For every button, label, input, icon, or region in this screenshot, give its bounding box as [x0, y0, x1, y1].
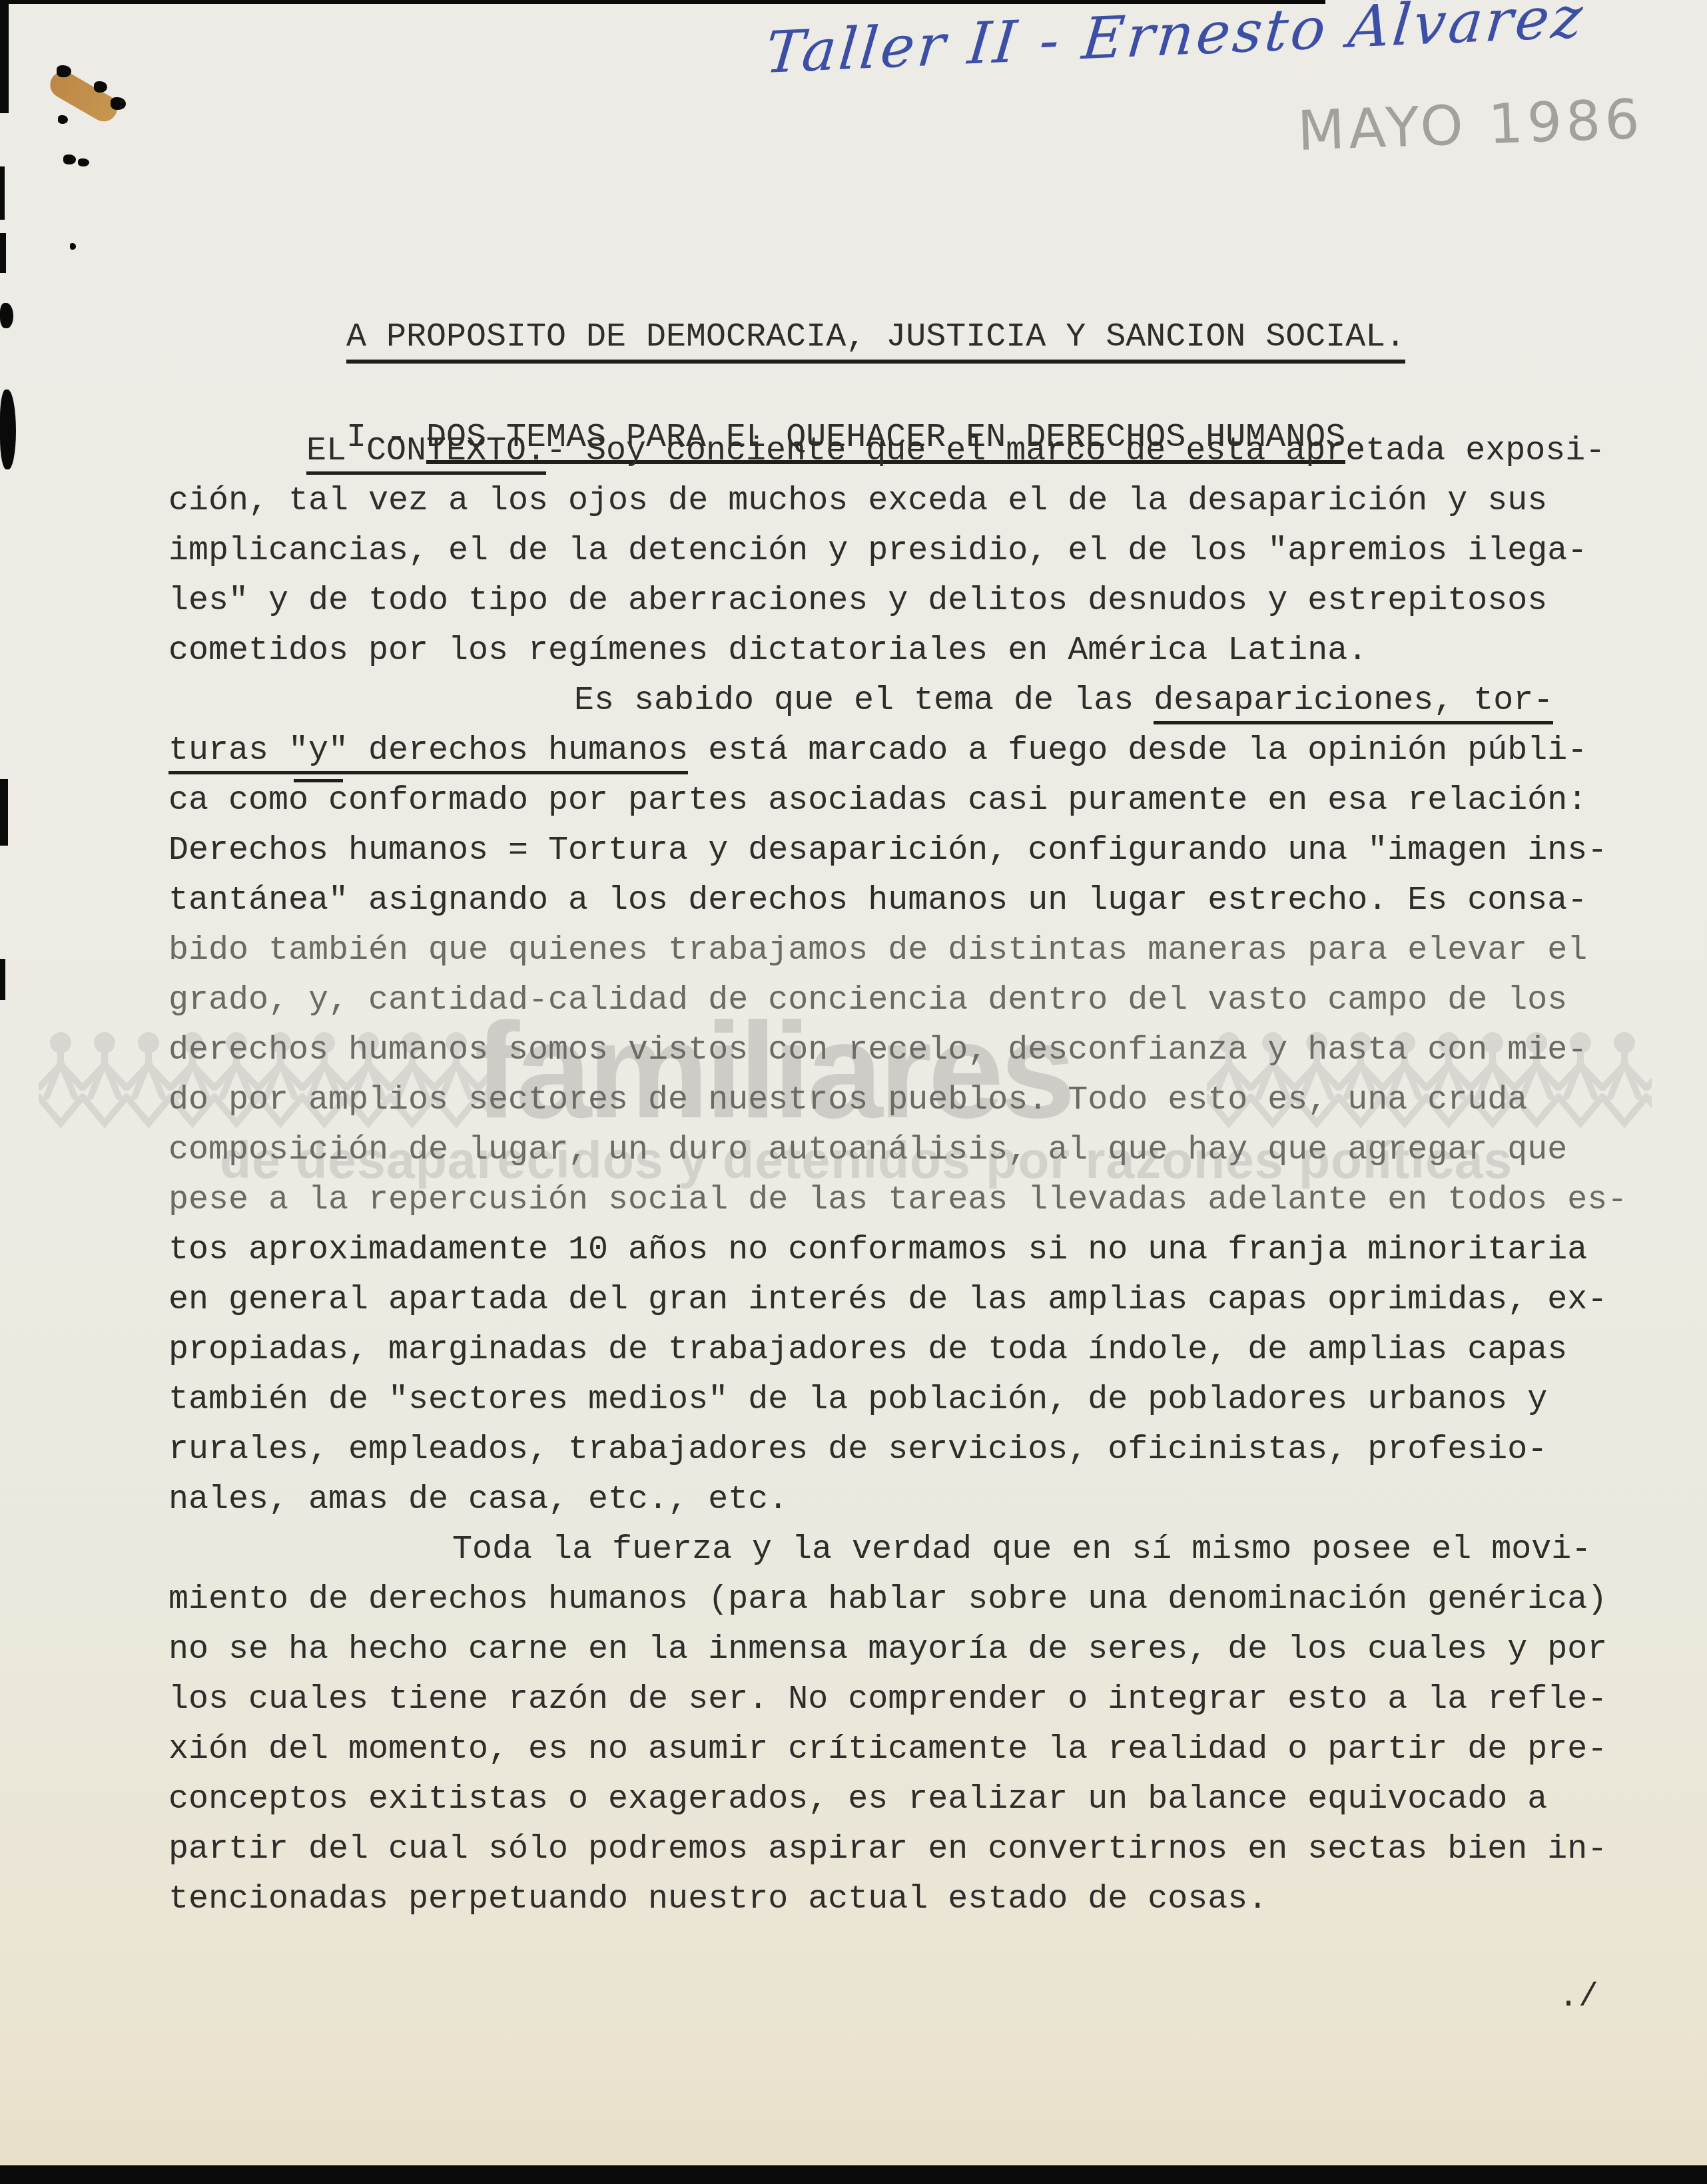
text-segment: cometidos por los regímenes dictatoriale…	[169, 632, 1367, 670]
underlined-text: desapariciones, tor-	[1154, 682, 1553, 724]
scan-edge-left-5	[0, 959, 5, 1000]
text-segment: bido también que quienes trabajamos de d…	[169, 932, 1587, 969]
text-segment: en general apartada del gran interés de …	[169, 1281, 1607, 1319]
body-line: no se ha hecho carne en la inmensa mayor…	[169, 1625, 1667, 1675]
page-continuation-mark: ./	[1558, 1972, 1598, 2022]
scan-edge-left-3	[0, 233, 6, 273]
body-line: miento de derechos humanos (para hablar …	[169, 1575, 1667, 1625]
text-segment: tantánea" asignando a los derechos human…	[169, 882, 1587, 920]
body-line: ción, tal vez a los ojos de muchos exced…	[169, 476, 1667, 526]
text-segment: conceptos exitistas o exagerados, es rea…	[169, 1780, 1547, 1818]
text-segment: propiadas, marginadas de trabajadores de…	[169, 1331, 1567, 1369]
underlined-text: EL CONTEXTO.	[306, 432, 546, 475]
scanned-document: { "annotations": { "pen_note": "Taller I…	[0, 0, 1707, 2184]
underlined-text: derechos humanos	[348, 732, 688, 774]
text-segment: también de "sectores medios" de la pobla…	[169, 1381, 1547, 1419]
scan-edge-left-4	[0, 779, 8, 846]
document-title: A PROPOSITO DE DEMOCRACIA, JUSTICIA Y SA…	[306, 262, 1405, 362]
underlined-text: "y"	[288, 732, 348, 774]
document-title-text: A PROPOSITO DE DEMOCRACIA, JUSTICIA Y SA…	[346, 318, 1405, 364]
underlined-text: turas	[169, 732, 288, 774]
body-line: rurales, empleados, trabajadores de serv…	[169, 1425, 1667, 1475]
scan-edge-top	[0, 0, 1325, 4]
body-line: les" y de todo tipo de aberraciones y de…	[169, 576, 1667, 626]
text-segment: les" y de todo tipo de aberraciones y de…	[169, 582, 1547, 620]
ink-speck-6	[78, 158, 89, 166]
ink-speck-4	[58, 115, 68, 124]
text-segment: partir del cual sólo podremos aspirar en…	[169, 1830, 1607, 1868]
body-line: tantánea" asignando a los derechos human…	[169, 876, 1667, 926]
text-segment: composición de lugar, un duro autoanális…	[169, 1131, 1567, 1169]
text-segment: do por amplios sectores de nuestros pueb…	[169, 1081, 1527, 1119]
body-line: tos aproximadamente 10 años no conformam…	[169, 1225, 1667, 1275]
body-line: Es sabido que el tema de las desaparicio…	[169, 676, 1667, 726]
typed-body: EL CONTEXTO.- Soy conciente que el marco…	[169, 426, 1667, 1924]
text-segment: ca como conformado por partes asociadas …	[169, 782, 1587, 820]
body-line: grado, y, cantidad-calidad de conciencia…	[169, 975, 1667, 1025]
text-segment: Toda la fuerza y la verdad que en sí mis…	[452, 1531, 1591, 1569]
scan-edge-bottom	[0, 2165, 1707, 2184]
ink-speck-3	[111, 97, 126, 110]
body-line: bido también que quienes trabajamos de d…	[169, 926, 1667, 975]
body-line: pese a la repercusión social de las tare…	[169, 1175, 1667, 1225]
text-segment: ción, tal vez a los ojos de muchos exced…	[169, 482, 1547, 520]
text-segment: tencionadas perpetuando nuestro actual e…	[169, 1880, 1267, 1918]
body-line: los cuales tiene razón de ser. No compre…	[169, 1675, 1667, 1725]
scan-edge-left-2	[0, 166, 5, 220]
body-line: turas "y" derechos humanos está marcado …	[169, 726, 1667, 776]
text-segment: nales, amas de casa, etc., etc.	[169, 1481, 788, 1519]
body-line: cometidos por los regímenes dictatoriale…	[169, 626, 1667, 676]
body-line: nales, amas de casa, etc., etc.	[169, 1475, 1667, 1525]
handwritten-pencil-date: MAYO 1986	[1297, 88, 1644, 163]
ink-speck-1	[57, 65, 71, 77]
text-segment: Es sabido que el tema de las	[574, 682, 1154, 720]
body-line: Derechos humanos = Tortura y desaparició…	[169, 826, 1667, 876]
text-segment: xión del momento, es no asumir críticame…	[169, 1731, 1607, 1769]
text-segment: grado, y, cantidad-calidad de conciencia…	[169, 981, 1567, 1019]
text-segment: Derechos humanos = Tortura y desaparició…	[169, 832, 1607, 870]
rust-stain	[45, 67, 122, 127]
text-segment: pese a la repercusión social de las tare…	[169, 1181, 1627, 1219]
text-segment: tos aproximadamente 10 años no conformam…	[169, 1231, 1587, 1269]
text-segment: - Soy conciente que el marco de esta apr…	[546, 432, 1605, 470]
scan-edge-left-notch	[0, 303, 13, 328]
body-line: ca como conformado por partes asociadas …	[169, 776, 1667, 826]
scan-edge-left-blob	[0, 390, 16, 469]
body-line: Toda la fuerza y la verdad que en sí mis…	[169, 1525, 1667, 1575]
text-segment: no se ha hecho carne en la inmensa mayor…	[169, 1631, 1607, 1669]
text-segment: implicancias, el de la detención y presi…	[169, 532, 1587, 570]
ink-speck-7	[70, 243, 76, 250]
text-segment: está marcado a fuego desde la opinión pú…	[688, 732, 1587, 770]
text-segment: derechos humanos somos vistos con recelo…	[169, 1031, 1587, 1069]
body-line: xión del momento, es no asumir críticame…	[169, 1725, 1667, 1774]
ink-speck-5	[63, 154, 76, 164]
body-line: derechos humanos somos vistos con recelo…	[169, 1025, 1667, 1075]
scan-edge-left-1	[0, 0, 9, 113]
body-line: EL CONTEXTO.- Soy conciente que el marco…	[169, 426, 1667, 476]
body-line: do por amplios sectores de nuestros pueb…	[169, 1075, 1667, 1125]
handwritten-pen-note: Taller II - Ernesto Álvarez	[763, 0, 1588, 87]
ink-speck-2	[94, 81, 107, 93]
body-line: tencionadas perpetuando nuestro actual e…	[169, 1874, 1667, 1924]
body-line: partir del cual sólo podremos aspirar en…	[169, 1824, 1667, 1874]
text-segment: rurales, empleados, trabajadores de serv…	[169, 1431, 1547, 1469]
body-line: propiadas, marginadas de trabajadores de…	[169, 1325, 1667, 1375]
text-segment: miento de derechos humanos (para hablar …	[169, 1581, 1607, 1619]
body-line: conceptos exitistas o exagerados, es rea…	[169, 1774, 1667, 1824]
text-segment: los cuales tiene razón de ser. No compre…	[169, 1681, 1607, 1719]
body-line: también de "sectores medios" de la pobla…	[169, 1375, 1667, 1425]
body-line: implicancias, el de la detención y presi…	[169, 526, 1667, 576]
body-line: composición de lugar, un duro autoanális…	[169, 1125, 1667, 1175]
body-line: en general apartada del gran interés de …	[169, 1275, 1667, 1325]
